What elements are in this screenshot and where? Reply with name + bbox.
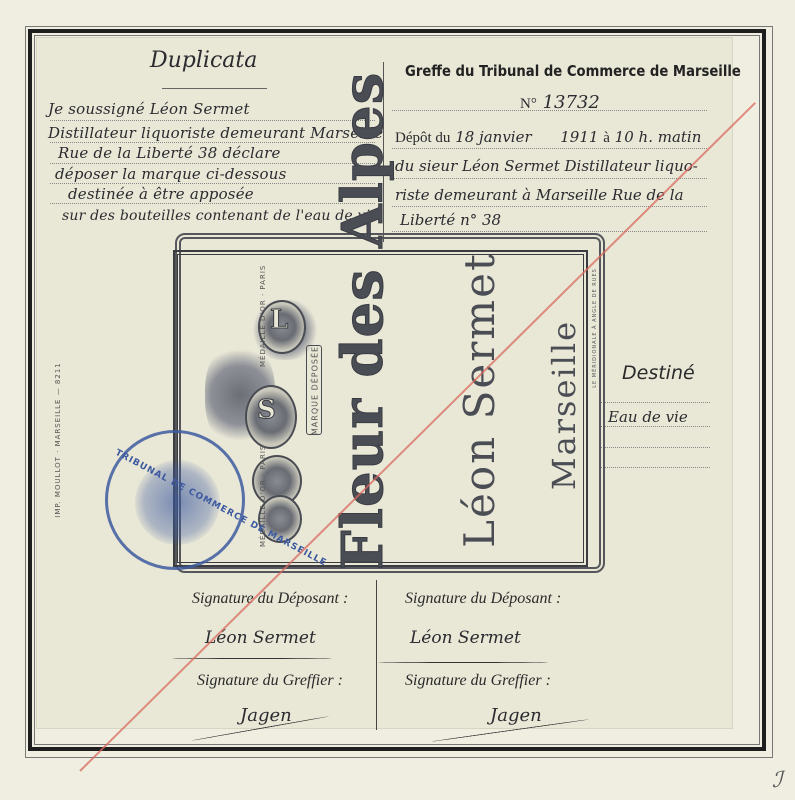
monogram-s: S	[257, 395, 276, 425]
archive-mark: ℐ	[772, 768, 782, 793]
dotted-rule	[50, 183, 375, 184]
left-greffier-label: Signature du Greffier :	[197, 672, 343, 690]
heading-rule	[162, 88, 267, 89]
deposit-time-prefix: à	[603, 130, 610, 146]
label-printer-note: LE MÉRIDIONALE À ANGLE DE RUES	[592, 243, 598, 413]
dotted-rule	[600, 426, 710, 427]
dotted-rule	[50, 203, 375, 204]
city-name: Marseille	[545, 275, 585, 535]
maker-name: Léon Sermet	[455, 250, 505, 550]
dotted-rule	[392, 178, 707, 179]
signature-divider	[376, 580, 377, 730]
duplicata-heading: Duplicata	[150, 48, 257, 73]
medal-top-caption: MÉDAILLE D'OR · PARIS	[259, 277, 267, 367]
dotted-rule	[392, 231, 707, 232]
declaration-line: Je soussigné Léon Sermet	[48, 100, 250, 118]
left-deposant-label: Signature du Déposant :	[192, 590, 348, 608]
right-deposant-signature: Léon Sermet	[410, 628, 521, 648]
deposit-time: 10 h. matin	[615, 128, 702, 146]
right-deposant-label: Signature du Déposant :	[405, 590, 561, 608]
dotted-rule	[600, 467, 710, 468]
registry-header: Greffe du Tribunal de Commerce de Marsei…	[405, 62, 741, 80]
declaration-line: déposer la marque ci-dessous	[55, 165, 287, 183]
signature-flourish	[378, 662, 548, 663]
right-greffier-label: Signature du Greffier :	[405, 672, 551, 690]
dotted-rule	[50, 120, 375, 121]
marque-deposee-text: MARQUE DÉPOSÉE	[311, 346, 320, 436]
dotted-rule	[392, 110, 707, 111]
dotted-rule	[392, 148, 707, 149]
signature-flourish	[172, 658, 332, 659]
brand-name: Fleur des Alpes	[330, 240, 400, 570]
depositor-line: riste demeurant à Marseille Rue de la	[395, 186, 684, 204]
destine-label: Destiné	[622, 362, 695, 384]
destine-value: Eau de vie	[608, 408, 688, 426]
deposit-date: 18 janvier	[455, 128, 531, 146]
right-greffier-signature: Jagen	[490, 705, 542, 726]
deposit-line: Dépôt du 18 janvier 1911 à 10 h. matin	[395, 128, 701, 147]
depositor-line: du sieur Léon Sermet Distillateur liquo-	[395, 157, 698, 175]
depositor-line: Liberté n° 38	[400, 211, 501, 229]
declaration-line: Rue de la Liberté 38 déclare	[58, 144, 281, 162]
declaration-line: destinée à être apposée	[68, 185, 254, 203]
deposit-year: 1911	[560, 128, 598, 146]
dotted-rule	[392, 206, 707, 207]
dotted-rule	[50, 163, 375, 164]
deposit-label: Dépôt du	[395, 130, 450, 146]
dotted-rule	[600, 402, 710, 403]
dotted-rule	[600, 447, 710, 448]
printer-imprint: IMP. MOULLOT · MARSEILLE — 8211	[54, 340, 62, 540]
monogram-l: L	[270, 305, 288, 335]
dotted-rule	[50, 142, 375, 143]
